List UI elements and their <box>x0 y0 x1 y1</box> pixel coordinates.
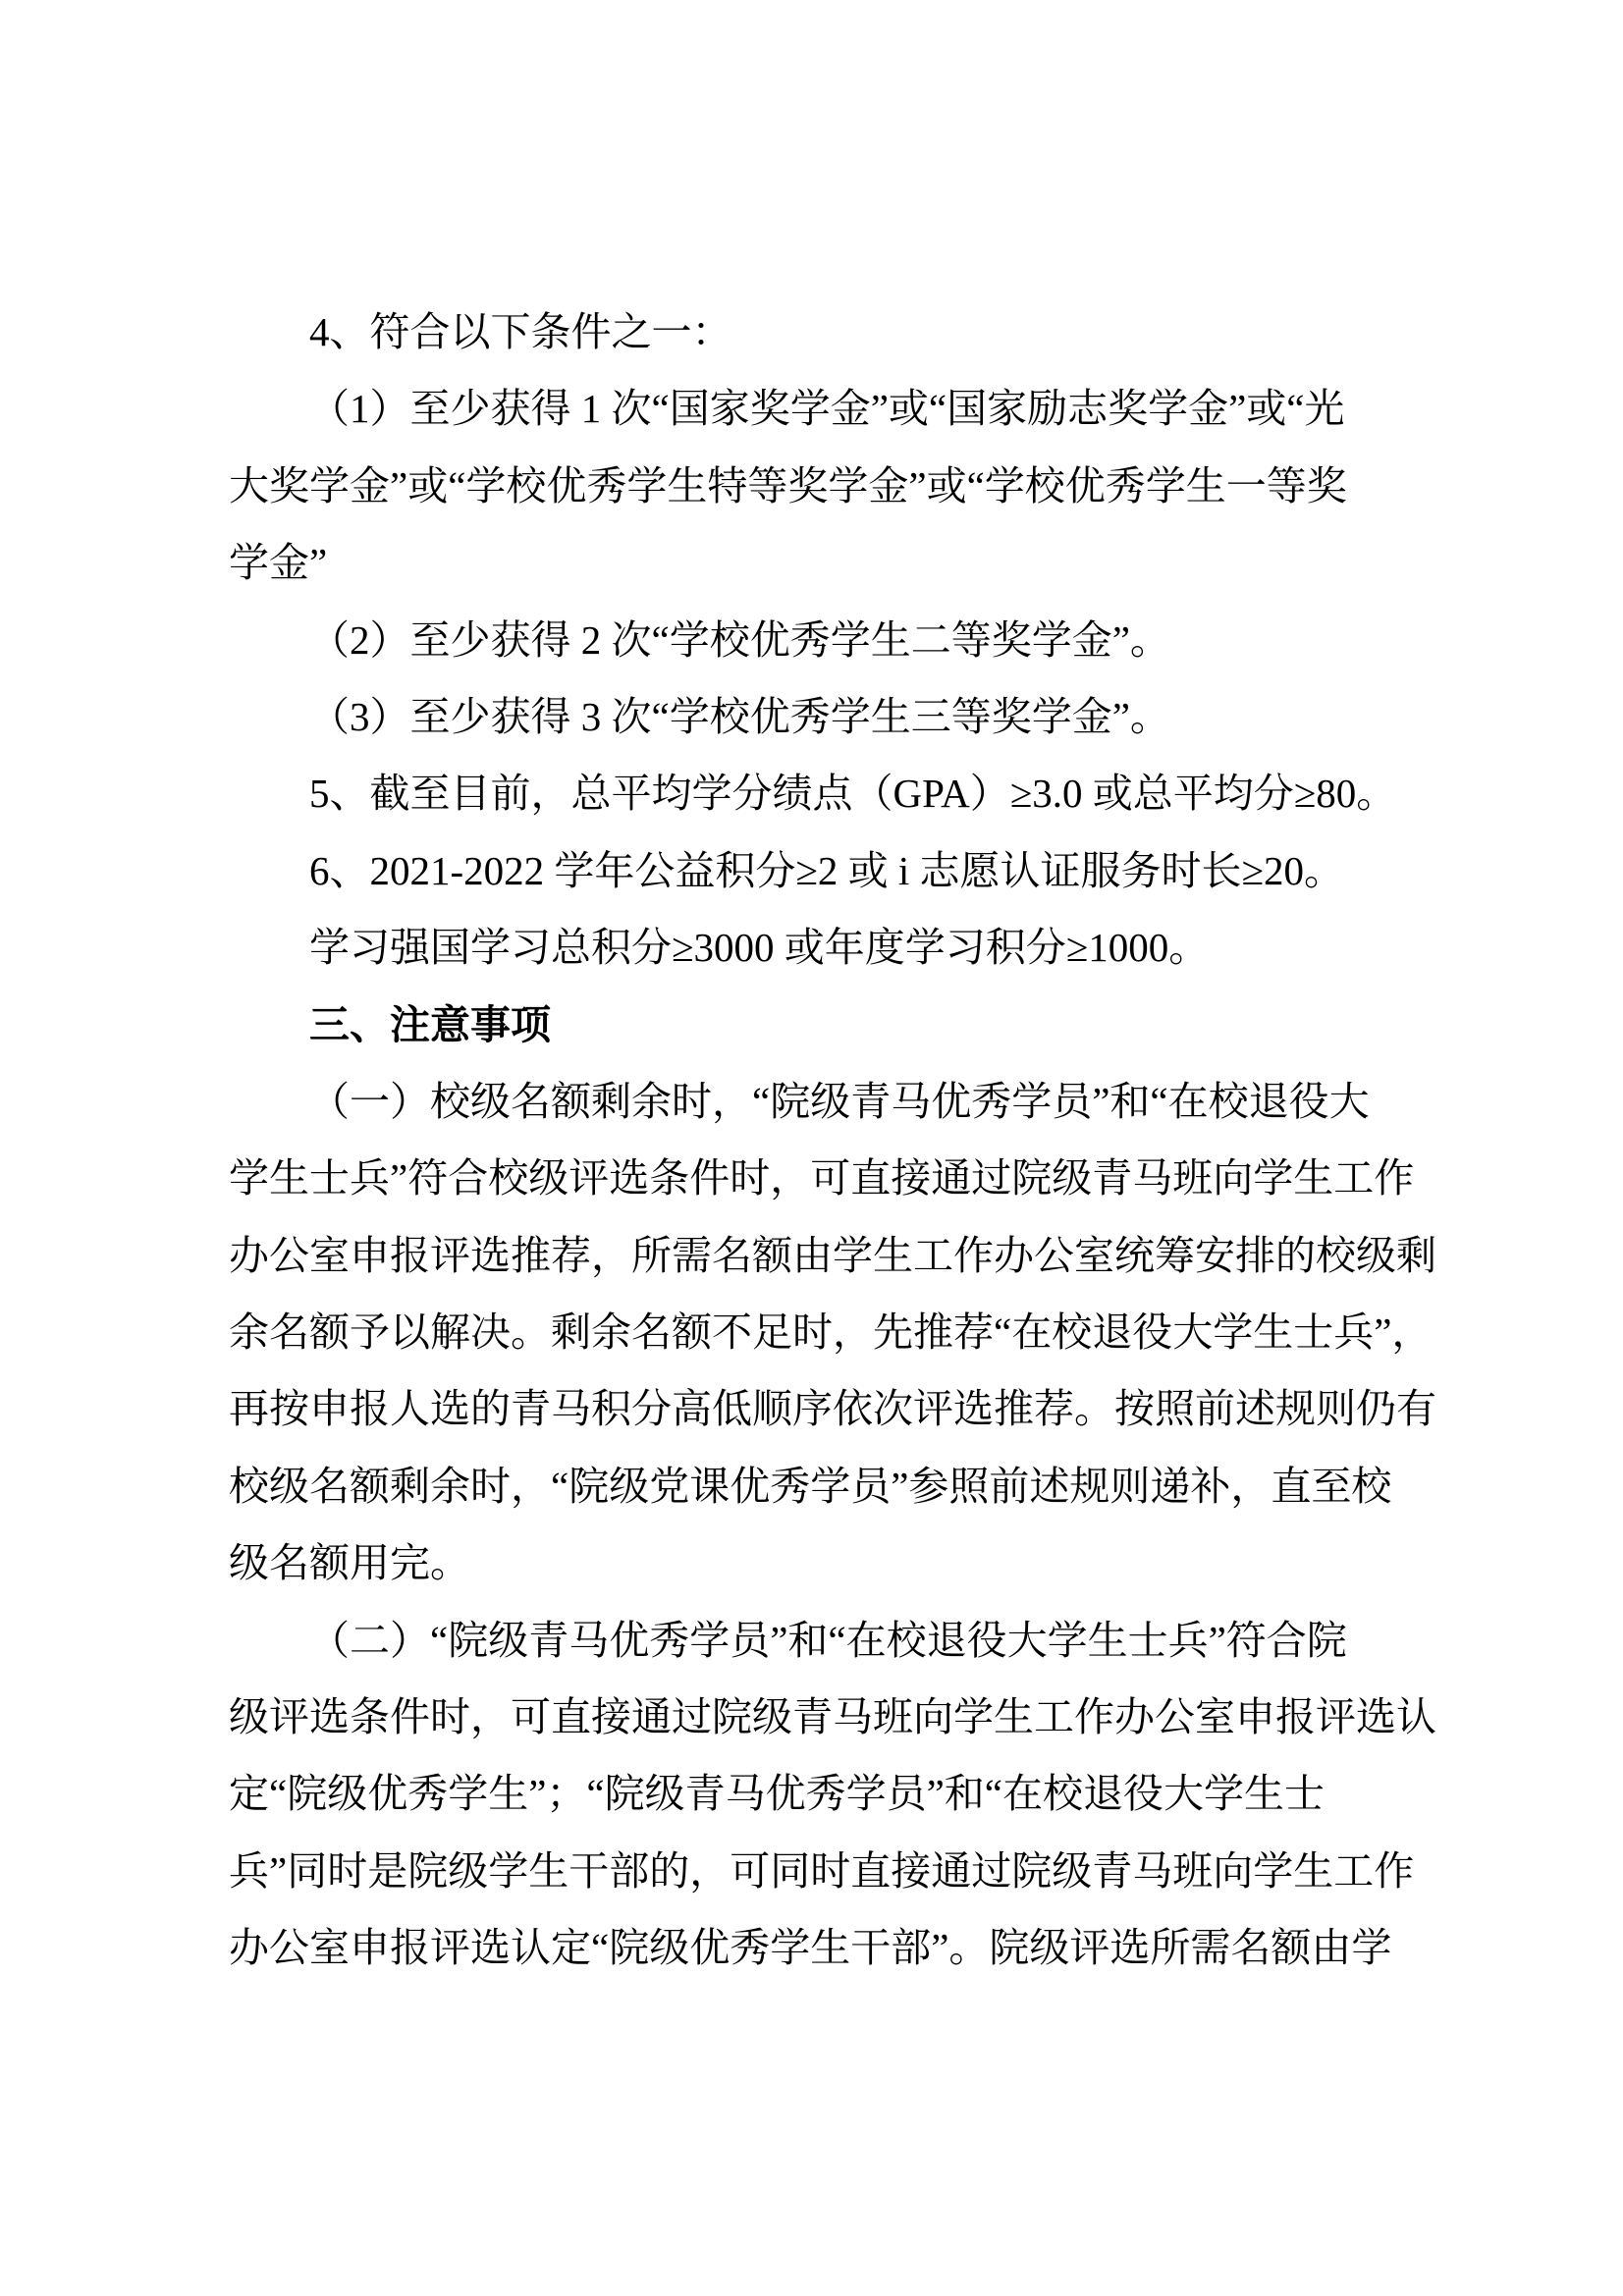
text-line: 兵”同时是院级学生干部的，可同时直接通过院级青马班向学生工作 <box>229 1833 1427 1909</box>
text-line: 余名额予以解决。剩余名额不足时，先推荐“在校退役大学生士兵”， <box>229 1294 1427 1370</box>
text-line: （2）至少获得 2 次“学校优秀学生二等奖学金”。 <box>229 602 1427 678</box>
text-line: 6、2021-2022 学年公益积分≥2 或 i 志愿认证服务时长≥20。 <box>229 832 1427 909</box>
text-line: （二）“院级青马优秀学员”和“在校退役大学生士兵”符合院 <box>229 1602 1427 1679</box>
text-line: 学生士兵”符合校级评选条件时，可直接通过院级青马班向学生工作 <box>229 1140 1427 1216</box>
document-body: 4、符合以下条件之一：（1）至少获得 1 次“国家奖学金”或“国家励志奖学金”或… <box>229 294 1427 1987</box>
text-line: （一）校级名额剩余时，“院级青马优秀学员”和“在校退役大 <box>229 1063 1427 1140</box>
text-line: 学习强国学习总积分≥3000 或年度学习积分≥1000。 <box>229 909 1427 986</box>
text-line: （1）至少获得 1 次“国家奖学金”或“国家励志奖学金”或“光 <box>229 370 1427 447</box>
text-line: 再按申报人选的青马积分高低顺序依次评选推荐。按照前述规则仍有 <box>229 1370 1427 1447</box>
section-heading: 三、注意事项 <box>229 987 1427 1063</box>
text-line: （3）至少获得 3 次“学校优秀学生三等奖学金”。 <box>229 678 1427 755</box>
text-line: 校级名额剩余时，“院级党课优秀学员”参照前述规则递补，直至校 <box>229 1448 1427 1524</box>
text-line: 办公室申报评选认定“院级优秀学生干部”。院级评选所需名额由学 <box>229 1909 1427 1986</box>
text-line: 办公室申报评选推荐，所需名额由学生工作办公室统筹安排的校级剩 <box>229 1217 1427 1294</box>
text-line: 定“院级优秀学生”；“院级青马优秀学员”和“在校退役大学生士 <box>229 1755 1427 1832</box>
text-line: 学金” <box>229 524 1427 601</box>
text-line: 级名额用完。 <box>229 1524 1427 1601</box>
document-page: 4、符合以下条件之一：（1）至少获得 1 次“国家奖学金”或“国家励志奖学金”或… <box>0 0 1623 2296</box>
text-line: 级评选条件时，可直接通过院级青马班向学生工作办公室申报评选认 <box>229 1679 1427 1755</box>
text-line: 大奖学金”或“学校优秀学生特等奖学金”或“学校优秀学生一等奖 <box>229 448 1427 524</box>
text-line: 5、截至目前，总平均学分绩点（GPA）≥3.0 或总平均分≥80。 <box>229 755 1427 831</box>
text-line: 4、符合以下条件之一： <box>229 294 1427 370</box>
